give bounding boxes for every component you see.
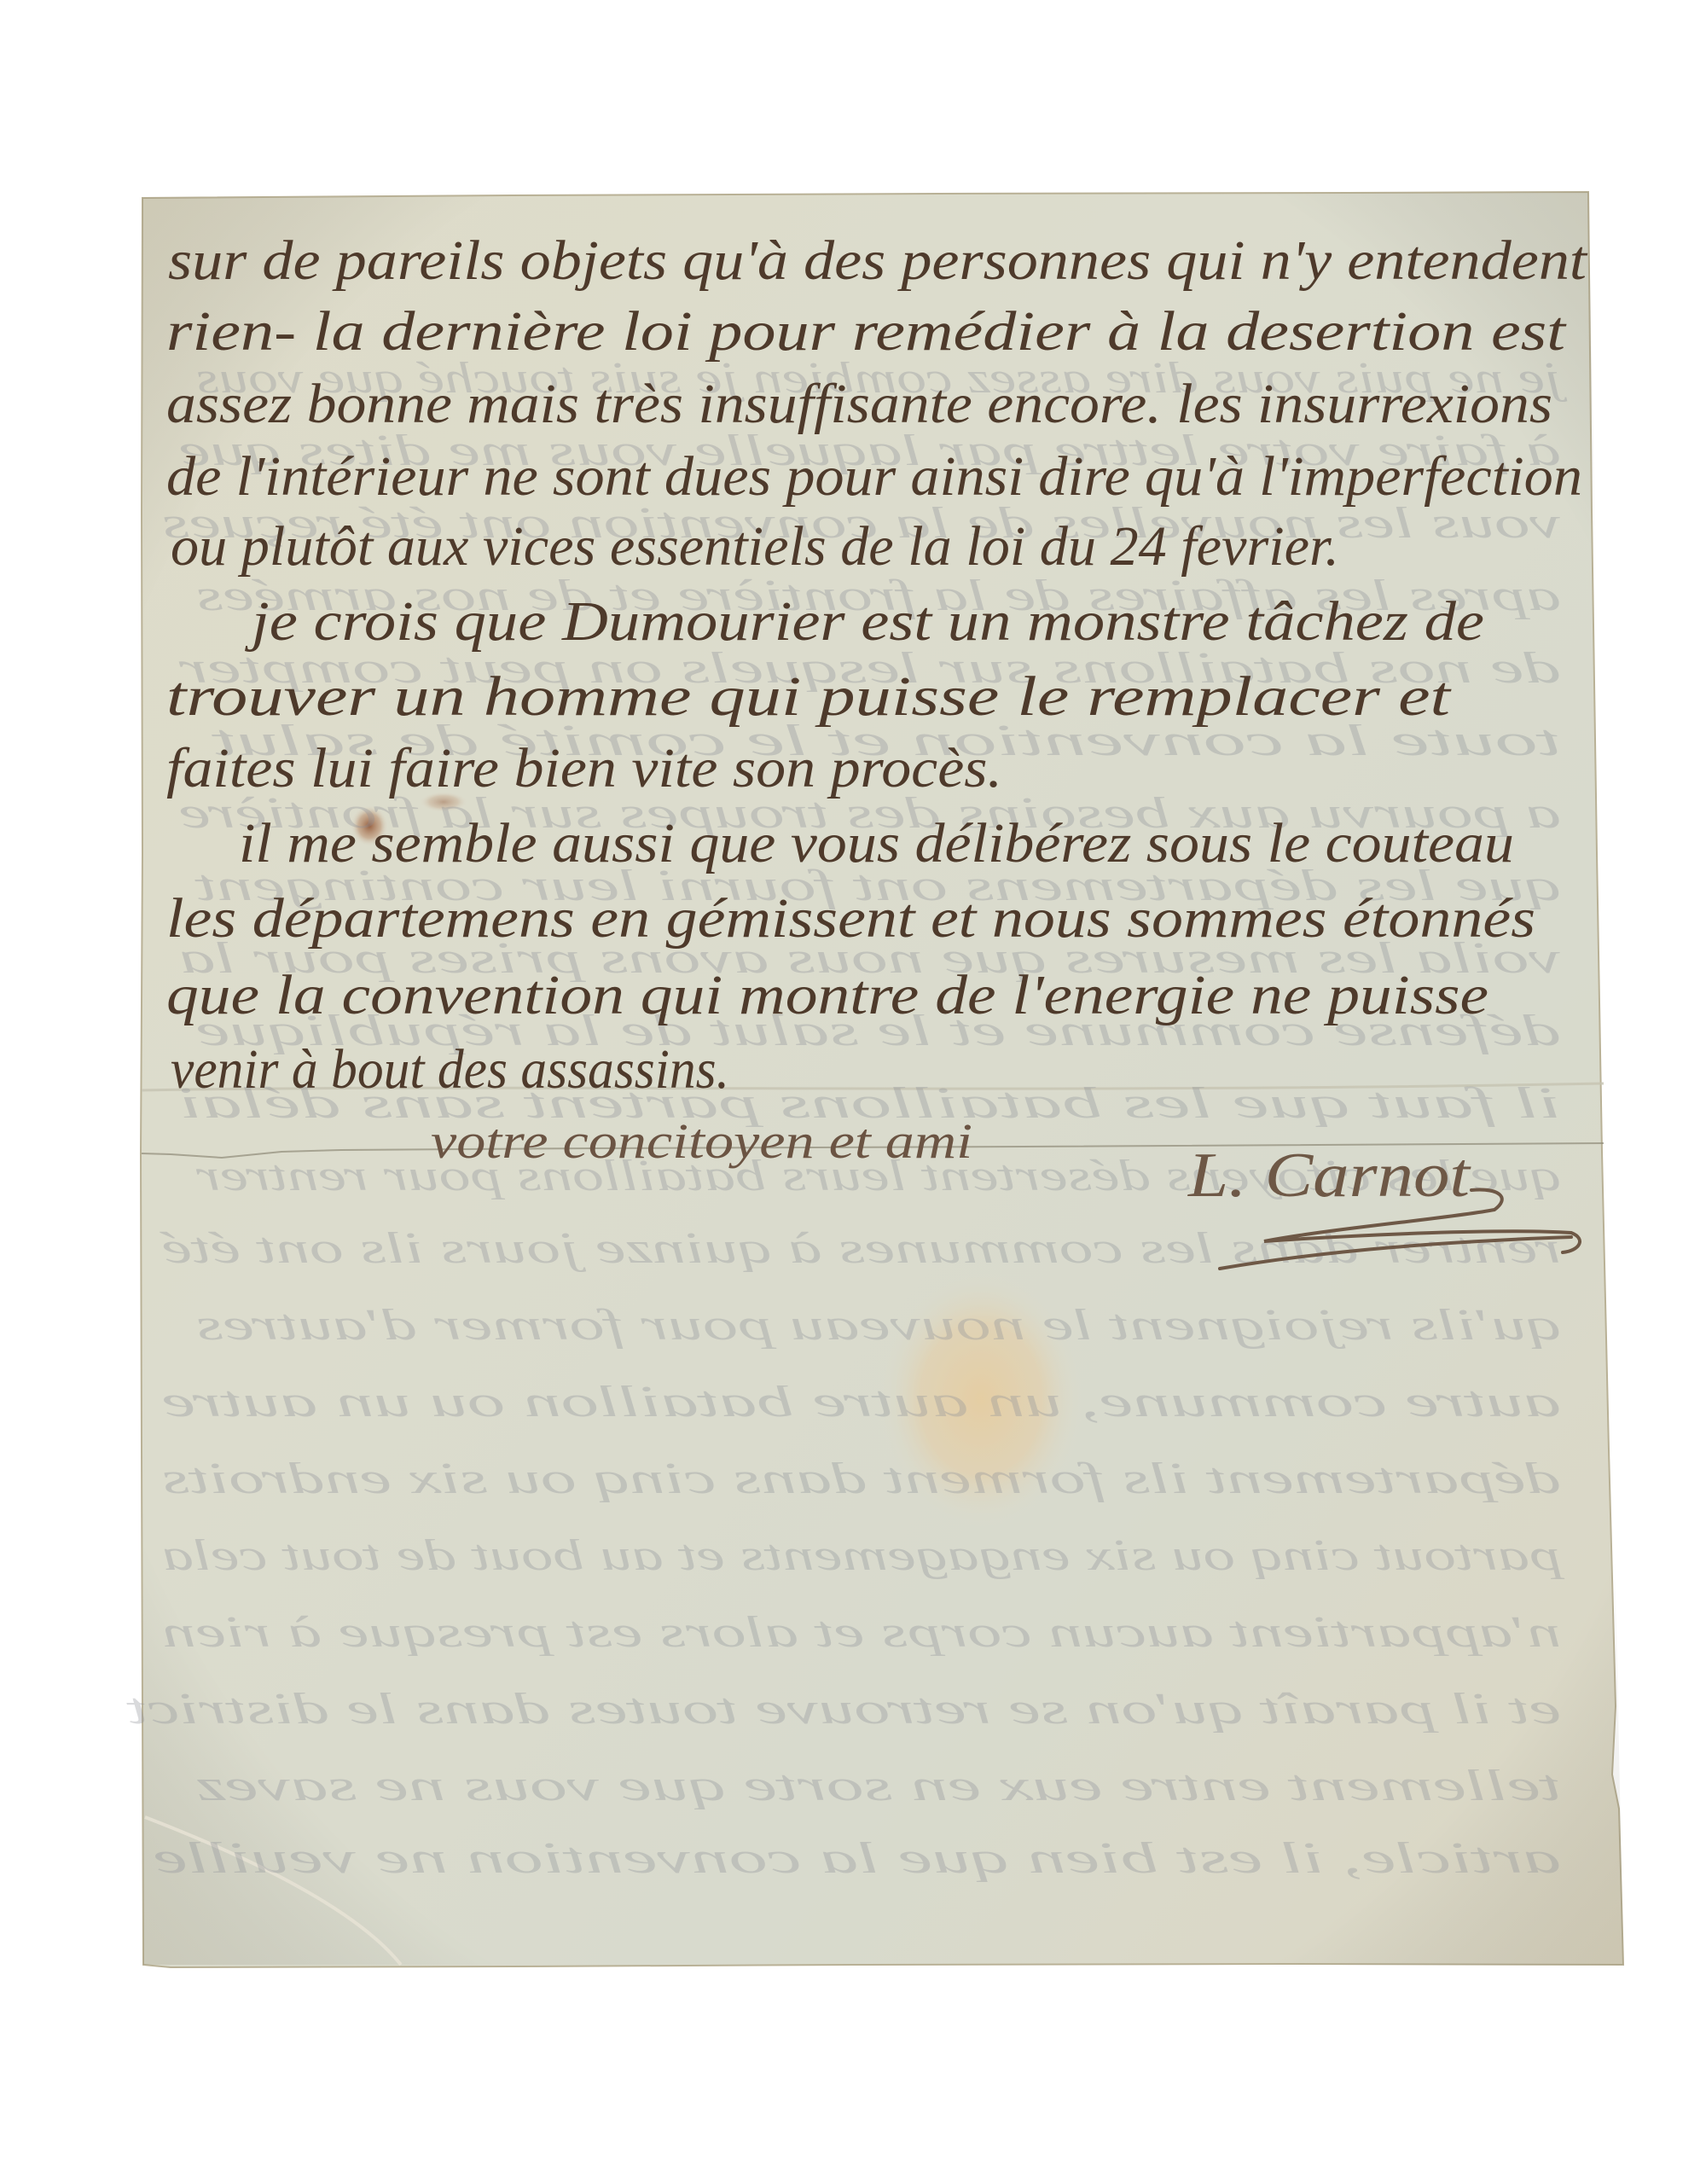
svg-text:et il paraît qu'on se retrouve: et il paraît qu'on se retrouve toutes da… (126, 1685, 1561, 1734)
body-line-10: les départemens en gémissent et nous som… (166, 887, 1535, 950)
body-line-4: de l'intérieur ne sont dues pour ainsi d… (166, 445, 1582, 508)
svg-text:autre commune, un autre batail: autre commune, un autre bataillon ou un … (162, 1378, 1561, 1426)
svg-text:rentrer dans les communes à qu: rentrer dans les communes à quinze jours… (160, 1224, 1561, 1273)
svg-text:partout cinq ou six engagement: partout cinq ou six engagements et au bo… (162, 1531, 1566, 1580)
svg-text:qu'ils rejoignent le nouveau p: qu'ils rejoignent le nouveau pour former… (196, 1301, 1561, 1350)
body-line-12: venir à bout des assassins. (171, 1038, 729, 1101)
body-line-3: assez bonne mais très insuffisante encor… (166, 373, 1552, 435)
body-line-9: il me semble aussi que vous délibérez so… (239, 812, 1514, 874)
svg-text:département ils forment dans c: département ils forment dans cinq ou six… (162, 1455, 1561, 1503)
svg-text:n'appartient aucun corps et al: n'appartient aucun corps et alors est pr… (162, 1608, 1561, 1657)
body-line-5: ou plutôt aux vices essentiels de la loi… (171, 515, 1339, 578)
body-line-6: je crois que Dumourier est un monstre tâ… (244, 590, 1484, 653)
svg-text:article, il est bien que la co: article, il est bien que la convention n… (154, 1834, 1561, 1883)
body-line-8: faites lui faire bien vite son procès. (166, 737, 1002, 799)
letter-sheet: je ne puis vous dire assez combien je su… (0, 0, 1706, 2184)
body-line-1: sur de pareils objets qu'à des personnes… (168, 229, 1588, 292)
body-line-7: trouver un homme qui puisse le remplacer… (166, 665, 1452, 728)
body-line-2: rien- la dernière loi pour remédier à la… (166, 300, 1567, 363)
closing-salutation: votre concitoyen et ami (431, 1113, 972, 1169)
signature-name: L. Carnot (1187, 1141, 1472, 1211)
scan-background: je ne puis vous dire assez combien je su… (0, 0, 1706, 2184)
body-line-11: que la convention qui montre de l'energi… (166, 964, 1488, 1026)
svg-text:tellement entre eux en sorte q: tellement entre eux en sorte que vous ne… (196, 1762, 1561, 1810)
letter-body: sur de pareils objets qu'à des personnes… (166, 229, 1588, 1101)
